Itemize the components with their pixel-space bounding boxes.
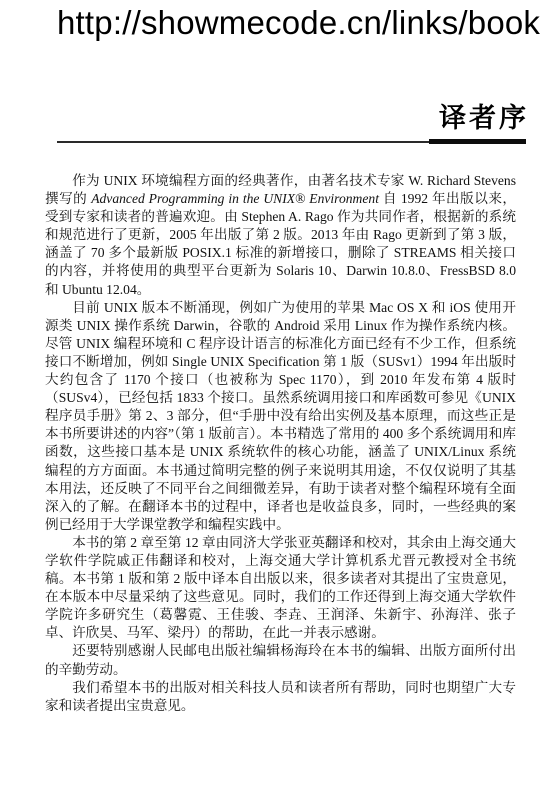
paragraph-4: 还要特别感谢人民邮电出版社编辑杨海玲在本书的编辑、出版方面所付出的辛勤劳动。 xyxy=(45,642,516,678)
preface-text: 作为 UNIX 环境编程方面的经典著作，由著名技术专家 W. Richard S… xyxy=(45,172,516,715)
title-rule-thin xyxy=(57,141,429,143)
book-title-italic: Advanced Programming in the UNIX® Enviro… xyxy=(91,191,379,206)
chapter-title: 译者序 xyxy=(57,102,529,134)
paragraph-2: 目前 UNIX 版本不断涌现，例如广为使用的苹果 Mac OS X 和 iOS … xyxy=(45,299,516,534)
paragraph-1-rest: 自 1992 年出版以来，受到专家和读者的普遍欢迎。由 Stephen A. R… xyxy=(45,191,516,296)
header-url: http://showmecode.cn/links/book xyxy=(57,4,540,42)
paragraph-1: 作为 UNIX 环境编程方面的经典著作，由著名技术专家 W. Richard S… xyxy=(45,172,516,299)
paragraph-5: 我们希望本书的出版对相关科技人员和读者所有帮助，同时也期望广大专家和读者提出宝贵… xyxy=(45,679,516,715)
title-rule xyxy=(57,139,526,144)
chapter-title-block: 译者序 xyxy=(57,102,526,144)
title-rule-thick xyxy=(429,139,526,144)
book-page: http://showmecode.cn/links/book 译者序 作为 U… xyxy=(0,0,560,800)
paragraph-3: 本书的第 2 章至第 12 章由同济大学张亚英翻译和校对，其余由上海交通大学软件… xyxy=(45,534,516,643)
